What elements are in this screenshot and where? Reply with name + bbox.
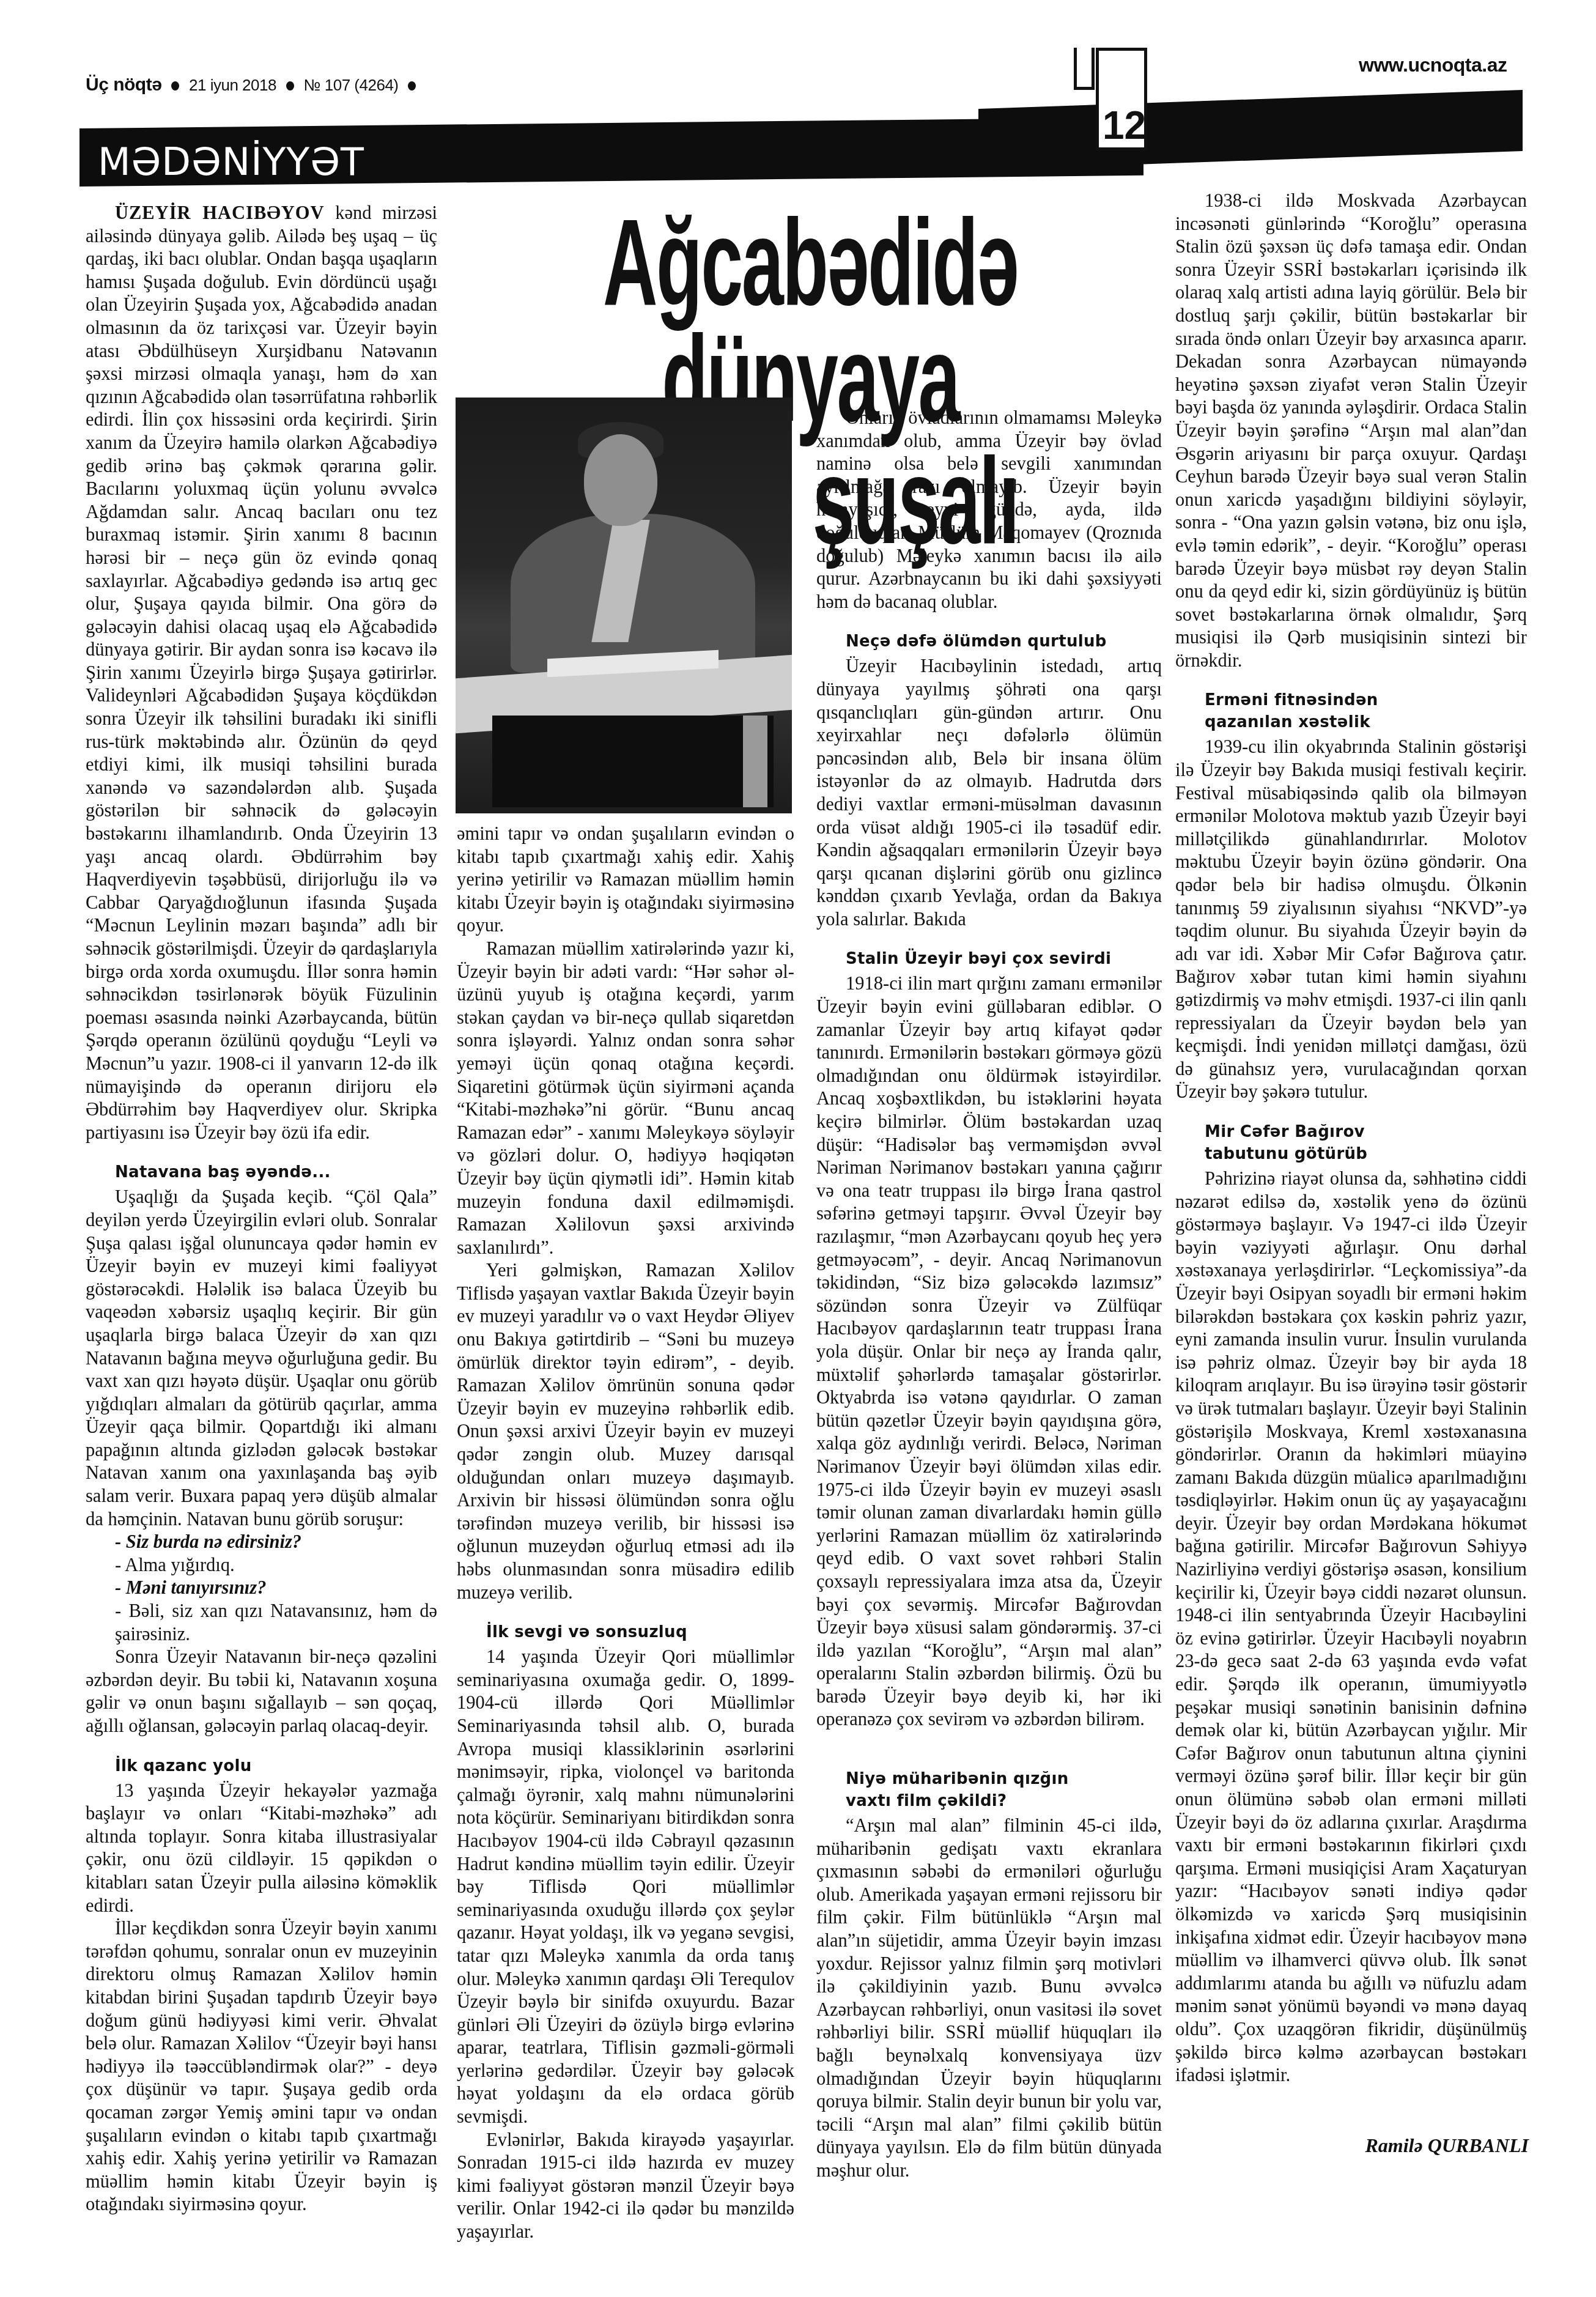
bullet-icon bbox=[286, 81, 294, 91]
dialogue-line: - Məni tanıyırsınız? bbox=[86, 1577, 437, 1600]
paragraph: 1918-ci ilin mart qırğını zamanı ermənil… bbox=[816, 972, 1162, 1731]
lead-paragraph: ÜZEYİR HACIBƏYOV kənd mirzəsi ailəsində … bbox=[86, 202, 437, 1144]
paragraph: Üzeyir Hacıbəylinin istedadı, artıq düny… bbox=[816, 655, 1162, 931]
subheading: Mir Cəfər Bağırov tabutunu götürüb bbox=[1205, 1121, 1425, 1165]
author-signature: Ramilə QURBANLI bbox=[1345, 2134, 1529, 2157]
section-title: MƏDƏNİYYƏT bbox=[98, 139, 364, 184]
dialogue-line: - Bəli, siz xan qızı Natavansınız, həm d… bbox=[86, 1600, 437, 1646]
paragraph-continued: əmini tapır və ondan şuşalıların evindən… bbox=[457, 823, 794, 938]
page-number: 12 bbox=[1103, 106, 1146, 145]
paragraph: Pəhrizinə riayət olunsa da, səhhətinə ci… bbox=[1175, 1167, 1527, 2087]
photo-desk-leg bbox=[743, 716, 767, 807]
paragraph: Sonra Üzeyir Natavanın bir-neçə qəzəlini… bbox=[86, 1646, 437, 1737]
column-3: Onların övladlarının olmamamsı Məleykə x… bbox=[816, 407, 1162, 2183]
paragraph: İllər keçdikdən sonra Üzeyir bəyin xanım… bbox=[86, 1917, 437, 2216]
article-photo bbox=[456, 398, 792, 813]
paragraph: Yeri gəlmişkən, Ramazan Xəlilov Tiflisdə… bbox=[457, 1259, 794, 1604]
masthead: Üç nöqtə 21 iyun 2018 № 107 (4264) bbox=[86, 75, 421, 95]
paragraph: Uşaqlığı da Şuşada keçib. “Çöl Qala” dey… bbox=[86, 1186, 437, 1531]
paragraph: Evlənirlər, Bakıda kirayədə yaşayırlar. … bbox=[457, 2129, 794, 2244]
section-banner-right bbox=[978, 90, 1523, 170]
issue-number: № 107 (4264) bbox=[304, 76, 399, 94]
lead-name: ÜZEYİR HACIBƏYOV bbox=[115, 202, 325, 223]
page-number-box: 12 bbox=[1096, 48, 1147, 150]
website-url: www.ucnoqta.az bbox=[1359, 54, 1507, 76]
newspaper-name: Üç nöqtə bbox=[86, 75, 161, 95]
dialogue-line: - Siz burda nə edirsiniz? bbox=[86, 1531, 437, 1554]
paragraph: “Arşın mal alan” filminin 45-ci ildə, mü… bbox=[816, 1814, 1162, 2183]
headline-line-1: Ağcabədidə bbox=[590, 202, 1030, 324]
subheading: Niyə müharibənin qızğın vaxtı film çəkil… bbox=[846, 1768, 1090, 1812]
paragraph: Ramazan müəllim xatirələrində yazır ki, … bbox=[457, 938, 794, 1259]
subheading: İlk sevgi və sonsuzluq bbox=[486, 1621, 794, 1643]
bullet-icon bbox=[171, 81, 179, 91]
paragraph: 14 yaşında Üzeyir Qori müəllimlər semina… bbox=[457, 1646, 794, 2128]
issue-date: 21 iyun 2018 bbox=[189, 76, 276, 94]
dialogue-line: - Alma yığırdıq. bbox=[86, 1554, 437, 1577]
subheading: İlk qazanc yolu bbox=[115, 1755, 437, 1777]
subheading: Natavana baş əyəndə... bbox=[115, 1161, 437, 1183]
paragraph: 1938-ci ildə Moskvada Azərbaycan incəsən… bbox=[1175, 190, 1527, 672]
column-1: ÜZEYİR HACIBƏYOV kənd mirzəsi ailəsində … bbox=[86, 202, 437, 2216]
column-2: əmini tapır və ondan şuşalıların evindən… bbox=[457, 823, 794, 2244]
column-4: 1938-ci ildə Moskvada Azərbaycan incəsən… bbox=[1175, 190, 1527, 2087]
photo-figure-head bbox=[584, 434, 657, 526]
logo-square-icon bbox=[1074, 48, 1095, 90]
paragraph: Onların övladlarının olmamamsı Məleykə x… bbox=[816, 407, 1162, 613]
subheading: Stalin Üzeyir bəyi çox sevirdi bbox=[846, 948, 1162, 970]
photo-desk-front bbox=[492, 716, 774, 807]
subheading: Erməni fitnəsindən qazanılan xəstəlik bbox=[1205, 689, 1437, 733]
subheading: Neçə dəfə ölümdən qurtulub bbox=[846, 631, 1162, 653]
bullet-icon bbox=[408, 81, 416, 91]
paragraph: 1939-cu ilin okyabrında Stalinin göstəri… bbox=[1175, 736, 1527, 1104]
paragraph: 13 yaşında Üzeyir hekayələr yazmağa başl… bbox=[86, 1780, 437, 1918]
